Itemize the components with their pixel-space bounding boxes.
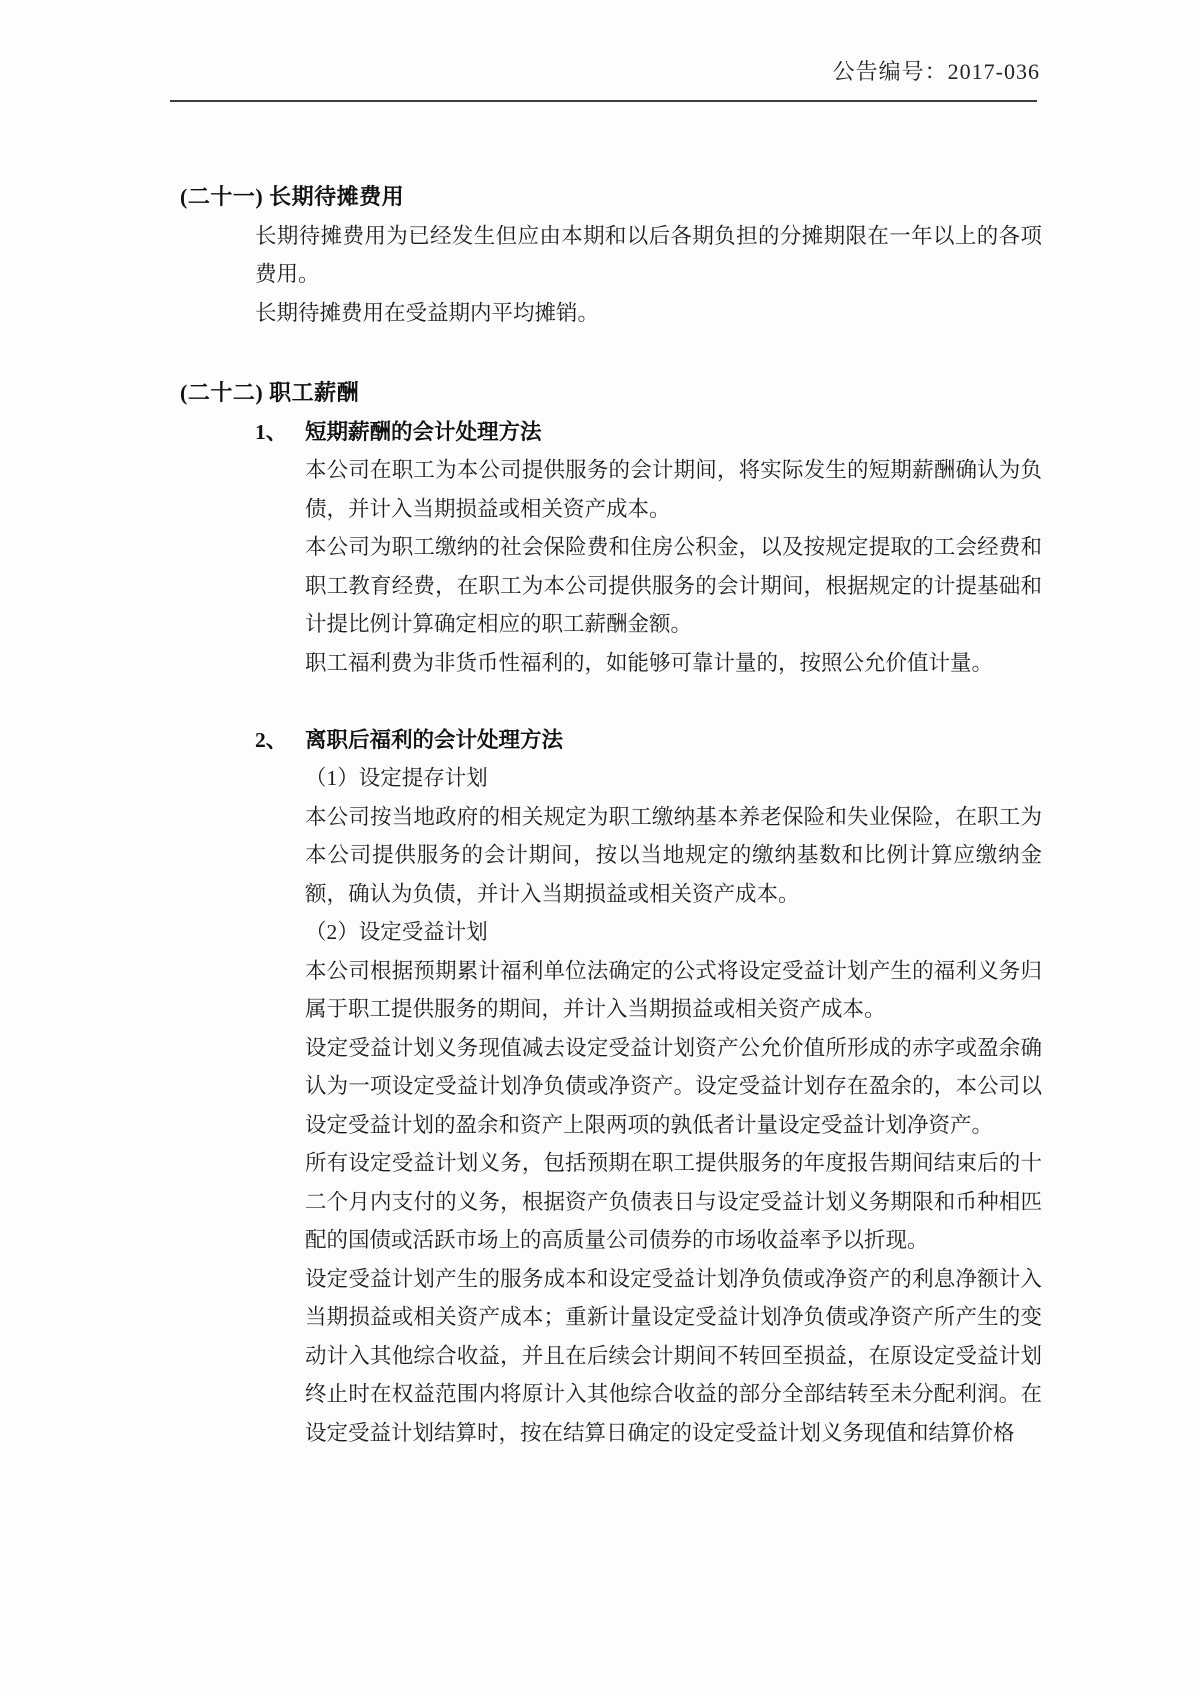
paragraph: 本公司按当地政府的相关规定为职工缴纳基本养老保险和失业保险，在职工为本公司提供服… — [305, 798, 1042, 914]
paragraph: 本公司为职工缴纳的社会保险费和住房公积金，以及按规定提取的工会经费和职工教育经费… — [305, 528, 1042, 644]
section-title: (二十一) 长期待摊费用 — [180, 178, 1040, 217]
item-body: （1）设定提存计划本公司按当地政府的相关规定为职工缴纳基本养老保险和失业保险，在… — [305, 759, 1042, 1452]
item-heading: 2、离职后福利的会计处理方法 — [255, 721, 1040, 760]
announcement-number: 公告编号：2017-036 — [833, 59, 1040, 84]
paragraph: 所有设定受益计划义务，包括预期在职工提供服务的年度报告期间结束后的十二个月内支付… — [305, 1144, 1042, 1260]
numbered-item: 2、离职后福利的会计处理方法（1）设定提存计划本公司按当地政府的相关规定为职工缴… — [255, 721, 1040, 1453]
item-number: 1、 — [255, 413, 305, 452]
section-title: (二十二) 职工薪酬 — [180, 374, 1040, 413]
section-21: (二十一) 长期待摊费用长期待摊费用为已经发生但应由本期和以后各期负担的分摊期限… — [180, 178, 1040, 332]
item-heading: 1、短期薪酬的会计处理方法 — [255, 413, 1040, 452]
header-divider — [170, 100, 1037, 102]
document-sections: (二十一) 长期待摊费用长期待摊费用为已经发生但应由本期和以后各期负担的分摊期限… — [0, 178, 1200, 1452]
paragraph: 本公司根据预期累计福利单位法确定的公式将设定受益计划产生的福利义务归属于职工提供… — [305, 952, 1042, 1029]
item-title: 离职后福利的会计处理方法 — [305, 728, 563, 752]
page-header: 公告编号：2017-036 — [0, 0, 1200, 88]
item-title: 短期薪酬的会计处理方法 — [305, 420, 542, 444]
paragraph: 职工福利费为非货币性福利的，如能够可靠计量的，按照公允价值计量。 — [305, 644, 1042, 683]
document-page: 公告编号：2017-036 (二十一) 长期待摊费用长期待摊费用为已经发生但应由… — [0, 0, 1200, 1696]
section-body: 长期待摊费用为已经发生但应由本期和以后各期负担的分摊期限在一年以上的各项费用。长… — [255, 217, 1042, 333]
section-22: (二十二) 职工薪酬1、短期薪酬的会计处理方法本公司在职工为本公司提供服务的会计… — [180, 374, 1040, 1452]
item-number: 2、 — [255, 721, 305, 760]
paragraph: （2）设定受益计划 — [305, 913, 1042, 952]
document-content: (二十一) 长期待摊费用长期待摊费用为已经发生但应由本期和以后各期负担的分摊期限… — [0, 178, 1200, 1452]
paragraph: 本公司在职工为本公司提供服务的会计期间，将实际发生的短期薪酬确认为负债，并计入当… — [305, 451, 1042, 528]
paragraph: 设定受益计划义务现值减去设定受益计划资产公允价值所形成的赤字或盈余确认为一项设定… — [305, 1029, 1042, 1145]
paragraph: （1）设定提存计划 — [305, 759, 1042, 798]
paragraph: 长期待摊费用在受益期内平均摊销。 — [255, 294, 1042, 333]
paragraph: 长期待摊费用为已经发生但应由本期和以后各期负担的分摊期限在一年以上的各项费用。 — [255, 217, 1042, 294]
item-body: 本公司在职工为本公司提供服务的会计期间，将实际发生的短期薪酬确认为负债，并计入当… — [305, 451, 1042, 682]
numbered-item: 1、短期薪酬的会计处理方法本公司在职工为本公司提供服务的会计期间，将实际发生的短… — [255, 413, 1040, 683]
paragraph: 设定受益计划产生的服务成本和设定受益计划净负债或净资产的利息净额计入当期损益或相… — [305, 1260, 1042, 1453]
